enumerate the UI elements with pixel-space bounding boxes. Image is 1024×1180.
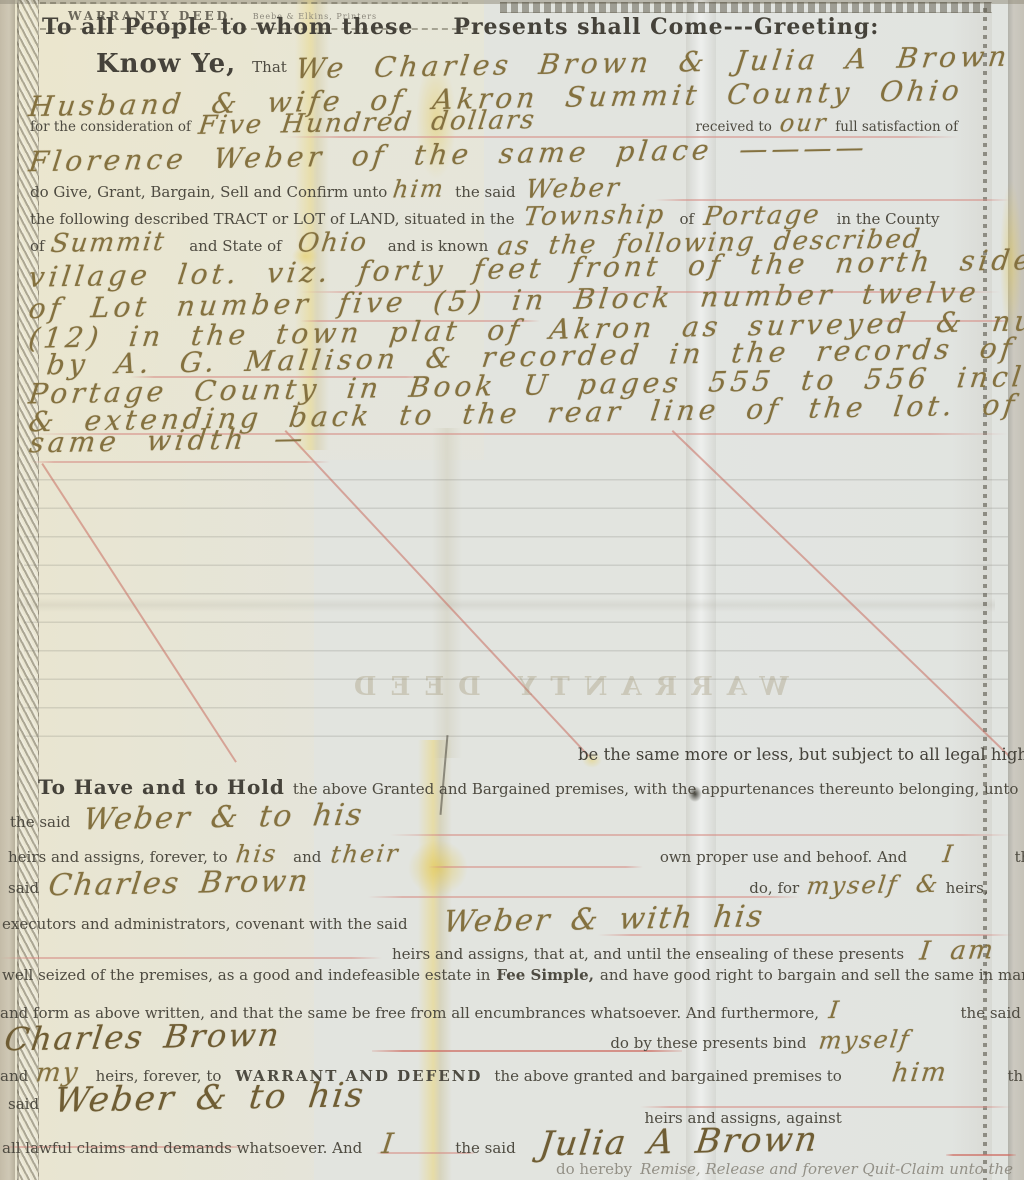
- said-weber-line: said Weber & to his heirs and assigns, a…: [8, 1078, 842, 1118]
- ensealing-line: heirs and assigns, that at, and until th…: [392, 936, 995, 966]
- signature-handwriting: Charles Brown: [2, 1016, 283, 1059]
- handwritten-text: I am: [918, 935, 997, 966]
- printed-text: the said: [10, 813, 70, 831]
- grant-line: do Give, Grant, Bargain, Sell and Confir…: [30, 174, 620, 204]
- showthrough-watermark: WARRANTY DEED: [340, 672, 789, 702]
- signature-handwriting: Charles Brown: [47, 864, 312, 904]
- printed-text: heirs and assigns, that at, and until th…: [392, 945, 904, 963]
- habendum-line: To Have and to Hold the above Granted an…: [38, 772, 1024, 800]
- printed-text: the following described TRACT or LOT of …: [30, 210, 514, 228]
- handwritten-text: Weber & with his: [441, 899, 766, 940]
- signature-handwriting: Julia A Brown: [537, 1120, 821, 1165]
- printed-text: of: [680, 210, 695, 228]
- bind-line: Charles Brown do by these presents bind …: [5, 1018, 910, 1056]
- printed-text: for the consideration of: [30, 119, 191, 135]
- printed-text: own proper use and behoof. And: [660, 848, 907, 866]
- know-ye-heading: Know Ye,: [96, 49, 236, 79]
- amount-handwriting: Five Hundred dollars: [197, 105, 538, 141]
- handwritten-text: same width —: [28, 422, 309, 460]
- handwritten-text: Weber & to his: [52, 1075, 367, 1120]
- ruled-lines-blank-area: [24, 452, 1008, 754]
- printed-text: all lawful claims and demands whatsoever…: [2, 1139, 362, 1157]
- executors-line: executors and administrators, covenant w…: [2, 902, 763, 937]
- quitclaim-line: do hereby Remise, Release and forever Qu…: [556, 1160, 1013, 1178]
- seisin-line: well seized of the premises, as a good a…: [2, 966, 1024, 984]
- printed-text: well seized of the premises, as a good a…: [2, 966, 490, 984]
- handwritten-text: him: [890, 1058, 950, 1089]
- handwritten-text: I: [380, 1127, 397, 1160]
- handwritten-text: their: [330, 839, 402, 868]
- printed-text: the: [1015, 848, 1024, 866]
- printed-text: the above Granted and Bargained premises…: [293, 780, 1019, 798]
- printed-text: That: [252, 58, 287, 76]
- printed-text: the said: [455, 1139, 515, 1157]
- description-line: same width —: [30, 424, 306, 457]
- printed-text: do Give, Grant, Bargain, Sell and Confir…: [30, 183, 387, 201]
- grantee-line: Florence Weber of the same place ————: [30, 138, 867, 171]
- printed-text: the said: [455, 183, 515, 201]
- fill-in-rule: [30, 461, 330, 463]
- salutation-line: To all People to whom these Presents sha…: [42, 14, 879, 40]
- decorative-top-border: [500, 2, 992, 13]
- fill-in-rule: [946, 1154, 1016, 1156]
- printed-text: said: [8, 1095, 39, 1113]
- said-charles-line: said Charles Brown do, for myself & heir…: [8, 866, 989, 901]
- fill-in-rule: [390, 834, 1012, 836]
- printed-text: executors and administrators, covenant w…: [2, 915, 408, 933]
- printed-text: be the same more or less, but subject to…: [578, 745, 1024, 764]
- salutation-left: To all People to whom these: [42, 14, 413, 40]
- warranty-deed-document: WARRANTY DEED. Beebe & Elkins, Printers …: [0, 0, 1024, 1180]
- printed-text: and have good right to bargain and sell …: [600, 966, 1024, 984]
- heirs-line: heirs and assigns, forever, to his and t…: [8, 840, 1024, 868]
- printed-text: heirs and assigns, forever, to: [8, 848, 228, 866]
- handwritten-text: I: [941, 840, 956, 868]
- highways-line: be the same more or less, but subject to…: [578, 745, 1024, 764]
- fill-in-rule: [0, 957, 382, 959]
- handwritten-text: him: [391, 175, 446, 204]
- know-ye-line: Know Ye, That We Charles Brown & Julia A…: [96, 46, 1009, 79]
- handwritten-text: Weber & to his: [82, 798, 366, 838]
- printed-text: the: [1008, 1067, 1024, 1085]
- printed-text: do by these presents bind: [610, 1034, 806, 1052]
- salutation-right: Presents shall Come---Greeting:: [453, 14, 879, 40]
- printed-text: Remise, Release and forever Quit-Claim u…: [640, 1160, 1013, 1178]
- printed-text: heirs,: [946, 879, 989, 897]
- fee-simple-text: Fee Simple,: [496, 966, 594, 984]
- printed-text: do, for: [749, 879, 799, 897]
- to-have-and-to-hold-heading: To Have and to Hold: [38, 775, 285, 799]
- grantee-name-handwriting: Florence Weber of the same place ————: [27, 131, 870, 179]
- printed-text: said: [8, 879, 39, 897]
- lawful-claims-line: all lawful claims and demands whatsoever…: [2, 1122, 818, 1162]
- printed-text: the said: [961, 1004, 1021, 1022]
- printed-text: do hereby: [556, 1160, 632, 1178]
- handwritten-text: myself &: [805, 870, 941, 900]
- the-said-weber-line: the said Weber & to his: [10, 800, 364, 835]
- handwritten-text: myself: [817, 1025, 912, 1055]
